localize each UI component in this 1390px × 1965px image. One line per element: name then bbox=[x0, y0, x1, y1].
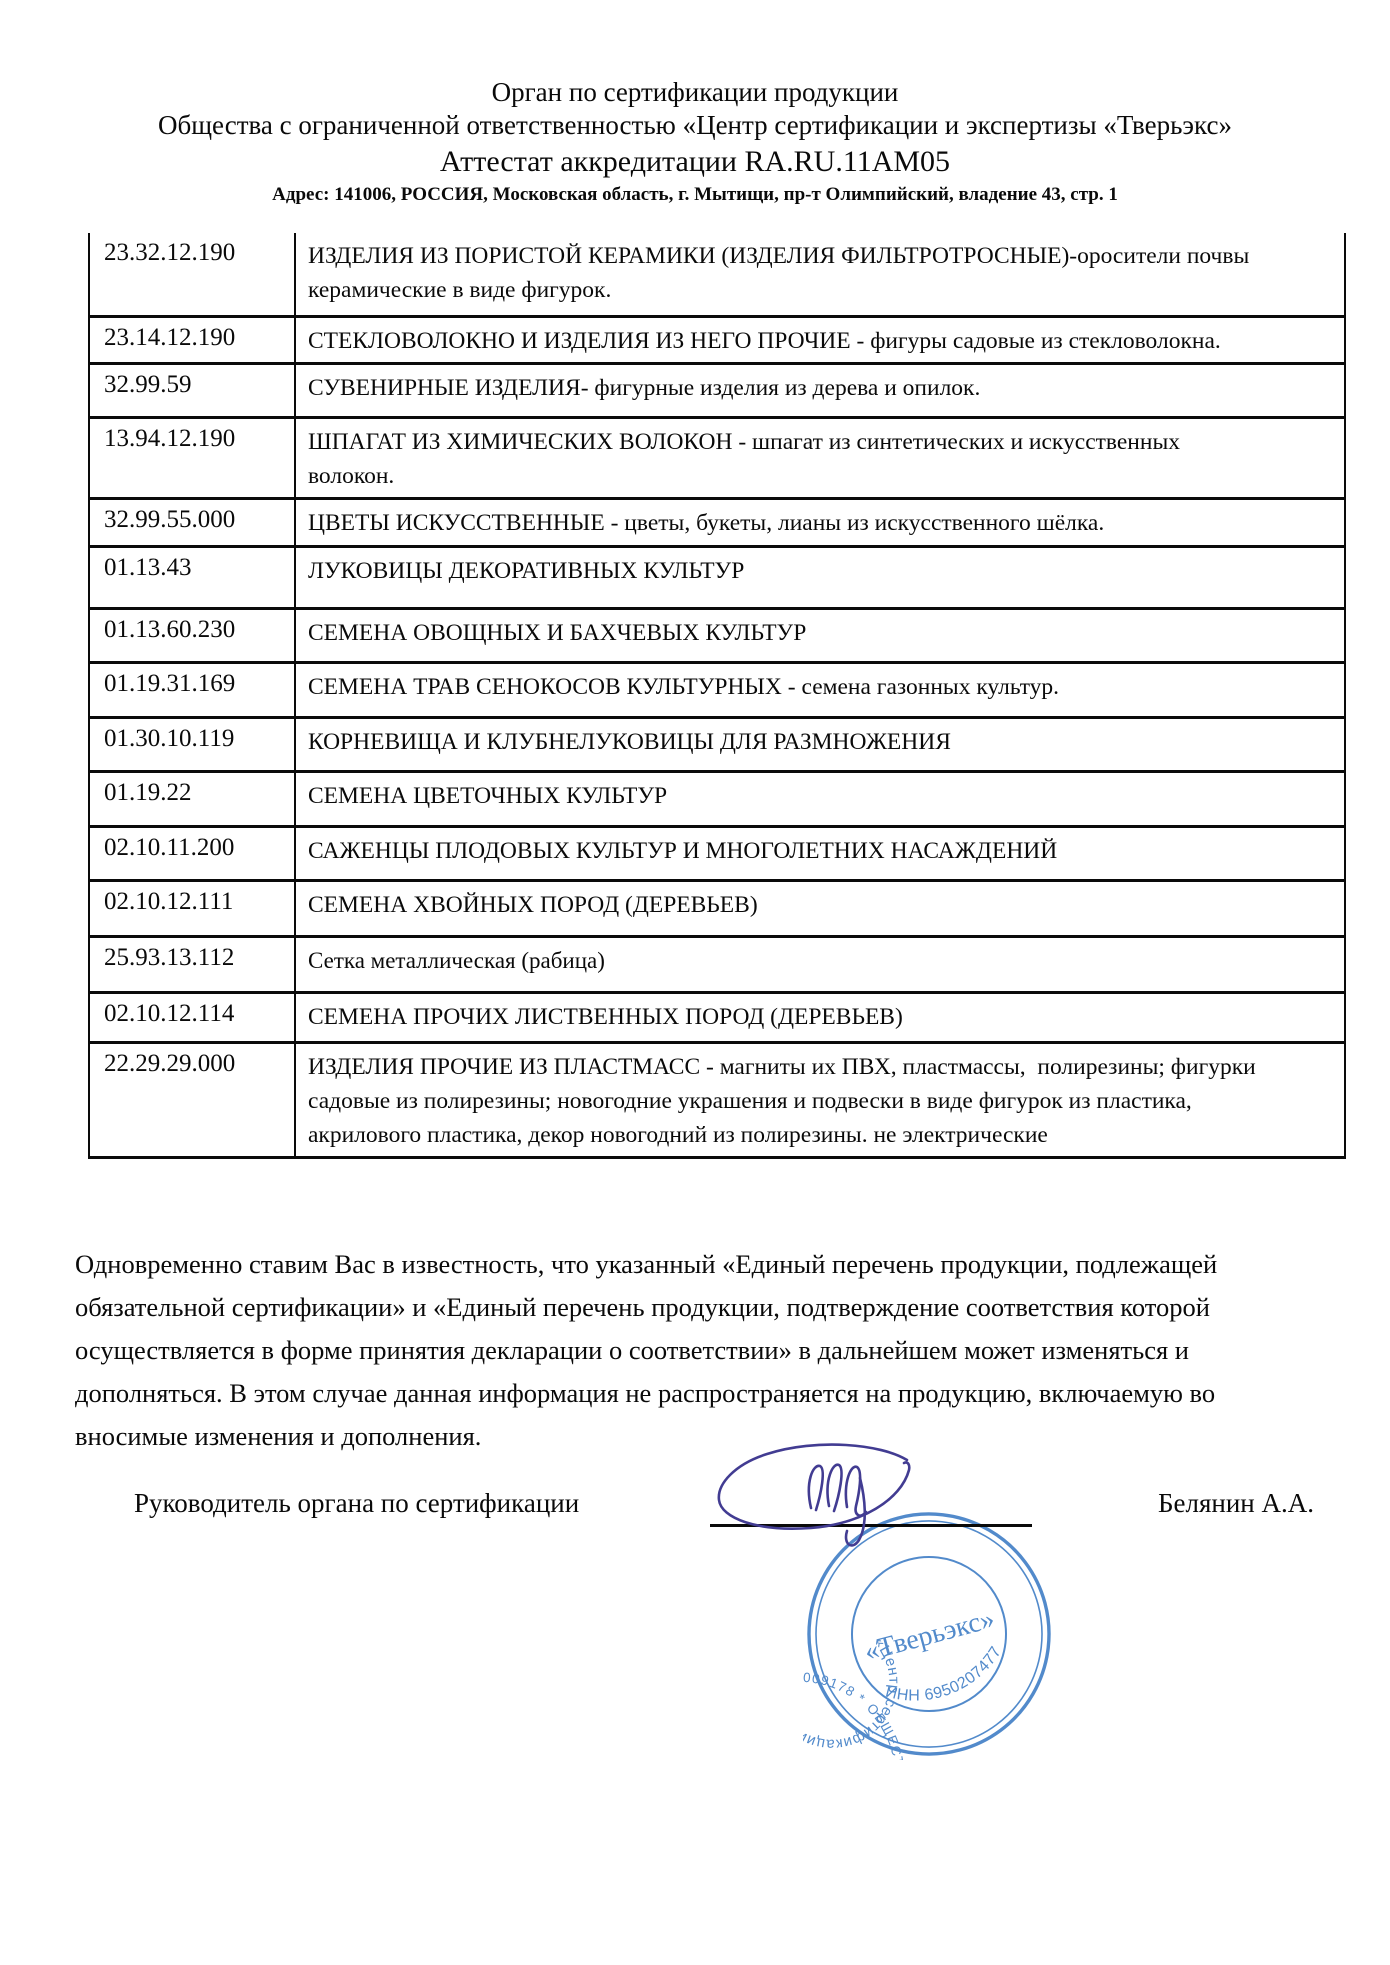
product-code-cell: 23.32.12.190 bbox=[89, 233, 295, 317]
notice-paragraph: Одновременно ставим Вас в известность, ч… bbox=[75, 1243, 1385, 1458]
product-description-cell: ШПАГАТ ИЗ ХИМИЧЕСКИХ ВОЛОКОН - шпагат из… bbox=[295, 418, 1345, 499]
table-row: 01.30.10.119КОРНЕВИЩА И КЛУБНЕЛУКОВИЦЫ Д… bbox=[89, 718, 1345, 772]
table-row: 32.99.55.000ЦВЕТЫ ИСКУССТВЕННЫЕ - цветы,… bbox=[89, 499, 1345, 547]
table-row: 02.10.12.114СЕМЕНА ПРОЧИХ ЛИСТВЕННЫХ ПОР… bbox=[89, 993, 1345, 1043]
product-code-cell: 01.19.31.169 bbox=[89, 663, 295, 718]
table-row: 01.19.31.169СЕМЕНА ТРАВ СЕНОКОСОВ КУЛЬТУ… bbox=[89, 663, 1345, 718]
product-code-cell: 01.30.10.119 bbox=[89, 718, 295, 772]
table-row: 25.93.13.112Сетка металлическая (рабица) bbox=[89, 937, 1345, 993]
table-row: 01.13.43ЛУКОВИЦЫ ДЕКОРАТИВНЫХ КУЛЬТУР bbox=[89, 547, 1345, 609]
product-description-cell: САЖЕНЦЫ ПЛОДОВЫХ КУЛЬТУР И МНОГОЛЕТНИХ Н… bbox=[295, 827, 1345, 881]
product-description-cell: СЕМЕНА ПРОЧИХ ЛИСТВЕННЫХ ПОРОД (ДЕРЕВЬЕВ… bbox=[295, 993, 1345, 1043]
product-description-cell: ИЗДЕЛИЯ ИЗ ПОРИСТОЙ КЕРАМИКИ (ИЗДЕЛИЯ ФИ… bbox=[295, 233, 1345, 317]
table-row: 22.29.29.000ИЗДЕЛИЯ ПРОЧИЕ ИЗ ПЛАСТМАСС … bbox=[89, 1043, 1345, 1158]
table-row: 23.32.12.190ИЗДЕЛИЯ ИЗ ПОРИСТОЙ КЕРАМИКИ… bbox=[89, 233, 1345, 317]
product-code-cell: 02.10.12.111 bbox=[89, 881, 295, 937]
header-address: Адрес: 141006, РОССИЯ, Московская област… bbox=[0, 183, 1390, 206]
handwritten-signature-icon bbox=[695, 1436, 965, 1554]
product-code-cell: 02.10.11.200 bbox=[89, 827, 295, 881]
header-org-type: Орган по сертификации продукции bbox=[0, 76, 1390, 109]
signer-name: Белянин А.А. bbox=[1158, 1488, 1314, 1519]
table-row: 32.99.59СУВЕНИРНЫЕ ИЗДЕЛИЯ- фигурные изд… bbox=[89, 364, 1345, 418]
product-description-cell: СУВЕНИРНЫЕ ИЗДЕЛИЯ- фигурные изделия из … bbox=[295, 364, 1345, 418]
product-code-cell: 32.99.55.000 bbox=[89, 499, 295, 547]
table-row: 01.13.60.230СЕМЕНА ОВОЩНЫХ И БАХЧЕВЫХ КУ… bbox=[89, 609, 1345, 663]
product-description-cell: СЕМЕНА ОВОЩНЫХ И БАХЧЕВЫХ КУЛЬТУР bbox=[295, 609, 1345, 663]
signer-role-label: Руководитель органа по сертификации bbox=[134, 1488, 579, 1519]
product-code-cell: 32.99.59 bbox=[89, 364, 295, 418]
product-code-cell: 13.94.12.190 bbox=[89, 418, 295, 499]
product-description-cell: КОРНЕВИЩА И КЛУБНЕЛУКОВИЦЫ ДЛЯ РАЗМНОЖЕН… bbox=[295, 718, 1345, 772]
product-description-cell: ЛУКОВИЦЫ ДЕКОРАТИВНЫХ КУЛЬТУР bbox=[295, 547, 1345, 609]
product-code-cell: 01.13.43 bbox=[89, 547, 295, 609]
table-row: 23.14.12.190СТЕКЛОВОЛОКНО И ИЗДЕЛИЯ ИЗ Н… bbox=[89, 317, 1345, 364]
header-accreditation: Аттестат аккредитации RA.RU.11АМ05 bbox=[0, 144, 1390, 181]
product-code-cell: 25.93.13.112 bbox=[89, 937, 295, 993]
product-description-cell: СЕМЕНА ЦВЕТОЧНЫХ КУЛЬТУР bbox=[295, 772, 1345, 827]
product-code-cell: 02.10.12.114 bbox=[89, 993, 295, 1043]
product-code-cell: 23.14.12.190 bbox=[89, 317, 295, 364]
stamp-center-text: «Тверьэкс» bbox=[861, 1603, 998, 1667]
product-description-cell: ЦВЕТЫ ИСКУССТВЕННЫЕ - цветы, букеты, лиа… bbox=[295, 499, 1345, 547]
table-row: 13.94.12.190ШПАГАТ ИЗ ХИМИЧЕСКИХ ВОЛОКОН… bbox=[89, 418, 1345, 499]
table-row: 02.10.11.200САЖЕНЦЫ ПЛОДОВЫХ КУЛЬТУР И М… bbox=[89, 827, 1345, 881]
product-description-cell: Сетка металлическая (рабица) bbox=[295, 937, 1345, 993]
header-org-name: Общества с ограниченной ответственностью… bbox=[0, 109, 1390, 142]
product-code-cell: 01.19.22 bbox=[89, 772, 295, 827]
document-header: Орган по сертификации продукции Общества… bbox=[0, 0, 1390, 207]
product-codes-table-body: 23.32.12.190ИЗДЕЛИЯ ИЗ ПОРИСТОЙ КЕРАМИКИ… bbox=[89, 233, 1345, 1158]
document-page: Орган по сертификации продукции Общества… bbox=[0, 0, 1390, 1965]
table-row: 02.10.12.111СЕМЕНА ХВОЙНЫХ ПОРОД (ДЕРЕВЬ… bbox=[89, 881, 1345, 937]
product-description-cell: СЕМЕНА ТРАВ СЕНОКОСОВ КУЛЬТУРНЫХ - семен… bbox=[295, 663, 1345, 718]
product-code-cell: 01.13.60.230 bbox=[89, 609, 295, 663]
product-codes-table: 23.32.12.190ИЗДЕЛИЯ ИЗ ПОРИСТОЙ КЕРАМИКИ… bbox=[88, 233, 1346, 1160]
product-code-cell: 22.29.29.000 bbox=[89, 1043, 295, 1158]
product-description-cell: СЕМЕНА ХВОЙНЫХ ПОРОД (ДЕРЕВЬЕВ) bbox=[295, 881, 1345, 937]
product-description-cell: СТЕКЛОВОЛОКНО И ИЗДЕЛИЯ ИЗ НЕГО ПРОЧИЕ -… bbox=[295, 317, 1345, 364]
product-description-cell: ИЗДЕЛИЯ ПРОЧИЕ ИЗ ПЛАСТМАСС - магниты их… bbox=[295, 1043, 1345, 1158]
table-row: 01.19.22СЕМЕНА ЦВЕТОЧНЫХ КУЛЬТУР bbox=[89, 772, 1345, 827]
